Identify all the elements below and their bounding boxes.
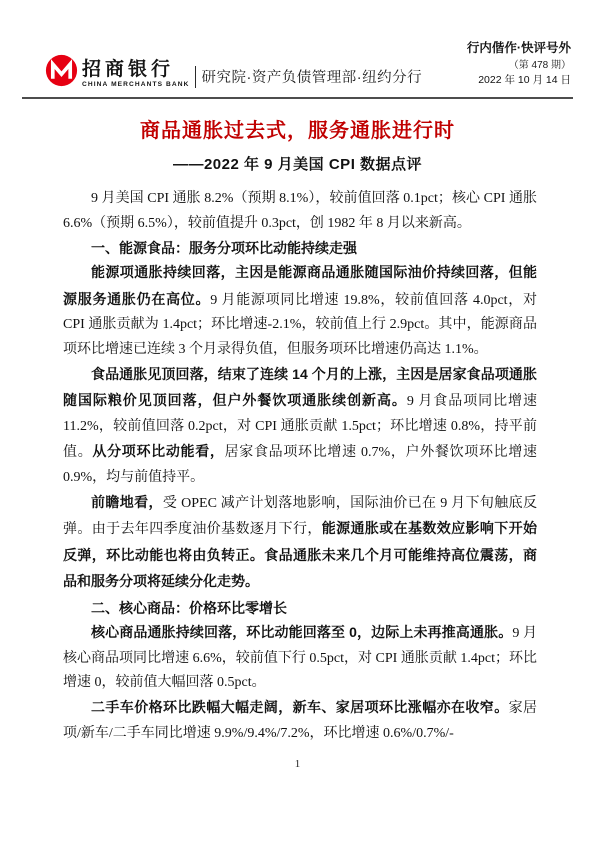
issue-number-label: （第 478 期）: [467, 58, 571, 73]
text-run-bold: 前瞻地看，: [91, 494, 163, 510]
text-run-bold: 二手车价格环比跌幅大幅走阔，新车、家居项环比涨幅亦在收窄。: [91, 699, 509, 715]
paragraph-outlook: 前瞻地看，受 OPEC 减产计划落地影响，国际油价已在 9 月下旬触底反弹。由于…: [63, 490, 537, 596]
paragraph-used-cars: 二手车价格环比跌幅大幅走阔，新车、家居项环比涨幅亦在收窄。家居项/新车/二手车同…: [63, 695, 537, 746]
bank-name: 招商银行: [82, 60, 189, 79]
bank-name-en: CHINA MERCHANTS BANK: [82, 81, 189, 88]
publish-date-label: 2022 年 10 月 14 日: [467, 73, 571, 88]
report-subtitle: ——2022 年 9 月美国 CPI 数据点评: [0, 153, 595, 174]
page-number: 1: [0, 758, 595, 770]
bank-name-block: 招商银行 CHINA MERCHANTS BANK: [82, 60, 189, 88]
issue-info-block: 行内偕作·快评号外 （第 478 期） 2022 年 10 月 14 日: [467, 40, 571, 88]
report-page: 招商银行 CHINA MERCHANTS BANK 研究院·资产负债管理部·纽约…: [0, 0, 595, 842]
cmb-logo-icon: [45, 54, 78, 87]
header-rule: [22, 97, 573, 99]
header-divider: [195, 66, 196, 88]
text-run-bold: 从分项环比动能看，: [92, 443, 224, 459]
series-label: 行内偕作·快评号外: [467, 40, 571, 58]
report-header: 招商银行 CHINA MERCHANTS BANK 研究院·资产负债管理部·纽约…: [0, 0, 595, 97]
section-heading-core-goods: 二、核心商品：价格环比零增长: [63, 596, 537, 620]
report-title: 商品通胀过去式，服务通胀进行时: [0, 114, 595, 143]
paragraph-food: 食品通胀见顶回落，结束了连续 14 个月的上涨，主因是居家食品项通胀随国际粮价见…: [63, 362, 537, 490]
department-label: 研究院·资产负债管理部·纽约分行: [201, 66, 422, 88]
paragraph-core-goods: 核心商品通胀持续回落，环比动能回落至 0，边际上未再推高通胀。9 月核心商品项同…: [63, 620, 537, 695]
text-run: 9 月美国 CPI 通胀 8.2%（预期 8.1%），较前值回落 0.1pct；…: [63, 191, 537, 230]
paragraph-cpi-overview: 9 月美国 CPI 通胀 8.2%（预期 8.1%），较前值回落 0.1pct；…: [63, 187, 537, 236]
header-brand-group: 招商银行 CHINA MERCHANTS BANK 研究院·资产负债管理部·纽约…: [45, 54, 422, 88]
section-heading-energy-food: 一、能源食品：服务分项环比动能持续走强: [63, 236, 537, 260]
paragraph-energy: 能源项通胀持续回落，主因是能源商品通胀随国际油价持续回落，但能源服务通胀仍在高位…: [63, 260, 537, 362]
report-body: 9 月美国 CPI 通胀 8.2%（预期 8.1%），较前值回落 0.1pct；…: [0, 187, 595, 746]
text-run-bold: 核心商品通胀持续回落，环比动能回落至 0，边际上未再推高通胀。: [91, 624, 512, 640]
